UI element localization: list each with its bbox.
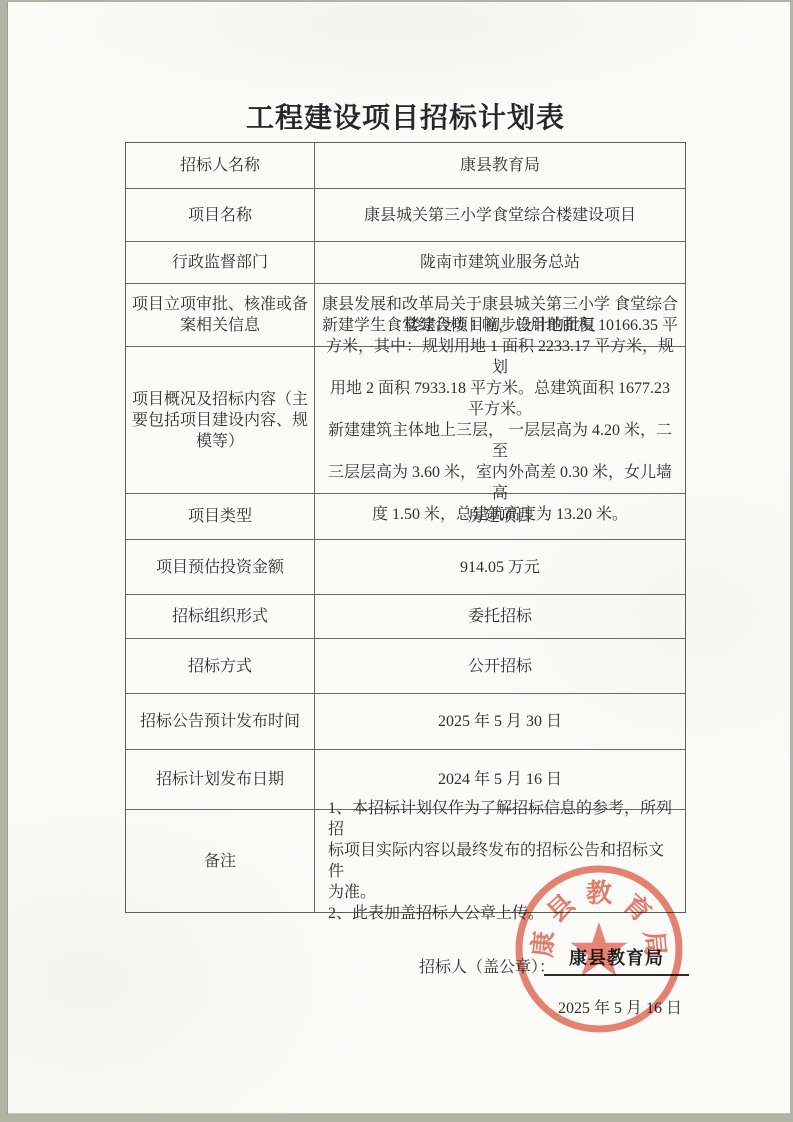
- row-label: 招标公告预计发布时间: [126, 694, 315, 749]
- row-value: 康县教育局: [315, 143, 685, 188]
- row-value: 委托招标: [315, 595, 685, 638]
- row-label: 项目名称: [126, 189, 315, 241]
- row-label: 项目立项审批、核准或备 案相关信息: [126, 284, 315, 346]
- seal-char: 康: [527, 930, 559, 959]
- table-row: 招标组织形式 委托招标: [126, 595, 685, 639]
- row-label: 招标组织形式: [126, 595, 315, 638]
- row-value: 房建项目: [315, 494, 685, 539]
- row-label: 项目类型: [126, 494, 315, 539]
- tender-plan-table: 招标人名称 康县教育局 项目名称 康县城关第三小学食堂综合楼建设项目 行政监督部…: [125, 142, 686, 913]
- row-label: 行政监督部门: [126, 242, 315, 283]
- seal-char: 教: [586, 879, 613, 908]
- table-row: 招标公告预计发布时间 2025 年 5 月 30 日: [126, 694, 685, 750]
- row-value: 陇南市建筑业服务总站: [315, 242, 685, 283]
- row-value: 公开招标: [315, 639, 685, 693]
- row-value: 2025 年 5 月 30 日: [315, 694, 685, 749]
- seal-star-icon: [571, 922, 628, 976]
- table-row: 行政监督部门 陇南市建筑业服务总站: [126, 242, 685, 284]
- seal-char: 县: [542, 889, 581, 928]
- row-label: 项目概况及招标内容（主 要包括项目建设内容、规 模等）: [126, 347, 315, 493]
- table-row: 项目预估投资金额 914.05 万元: [126, 540, 685, 595]
- table-row: 项目名称 康县城关第三小学食堂综合楼建设项目: [126, 189, 685, 242]
- row-label: 招标人名称: [126, 143, 315, 188]
- scanned-paper: 工程建设项目招标计划表 招标人名称 康县教育局 项目名称 康县城关第三小学食堂综…: [7, 2, 790, 1114]
- table-row: 招标方式 公开招标: [126, 639, 685, 694]
- seal-char: 育: [618, 888, 657, 928]
- row-label: 招标计划发布日期: [126, 750, 315, 809]
- table-row: 项目概况及招标内容（主 要包括项目建设内容、规 模等） 新建学生食堂综合楼 1 …: [126, 347, 685, 494]
- table-row: 项目类型 房建项目: [126, 494, 685, 540]
- row-label: 项目预估投资金额: [126, 540, 315, 594]
- row-value: 康县城关第三小学食堂综合楼建设项目: [315, 189, 685, 241]
- row-label: 招标方式: [126, 639, 315, 693]
- row-value: 新建学生食堂综合楼 1 幢，总用地面积 10166.35 平 方米，其中：规划用…: [315, 347, 685, 493]
- row-value: 914.05 万元: [315, 540, 685, 594]
- row-label: 备注: [126, 810, 315, 912]
- table-row: 招标人名称 康县教育局: [126, 143, 685, 189]
- seal-char: 局: [639, 930, 670, 958]
- official-seal: 康 县 教 育 局: [509, 859, 689, 1039]
- page-title: 工程建设项目招标计划表: [125, 96, 686, 136]
